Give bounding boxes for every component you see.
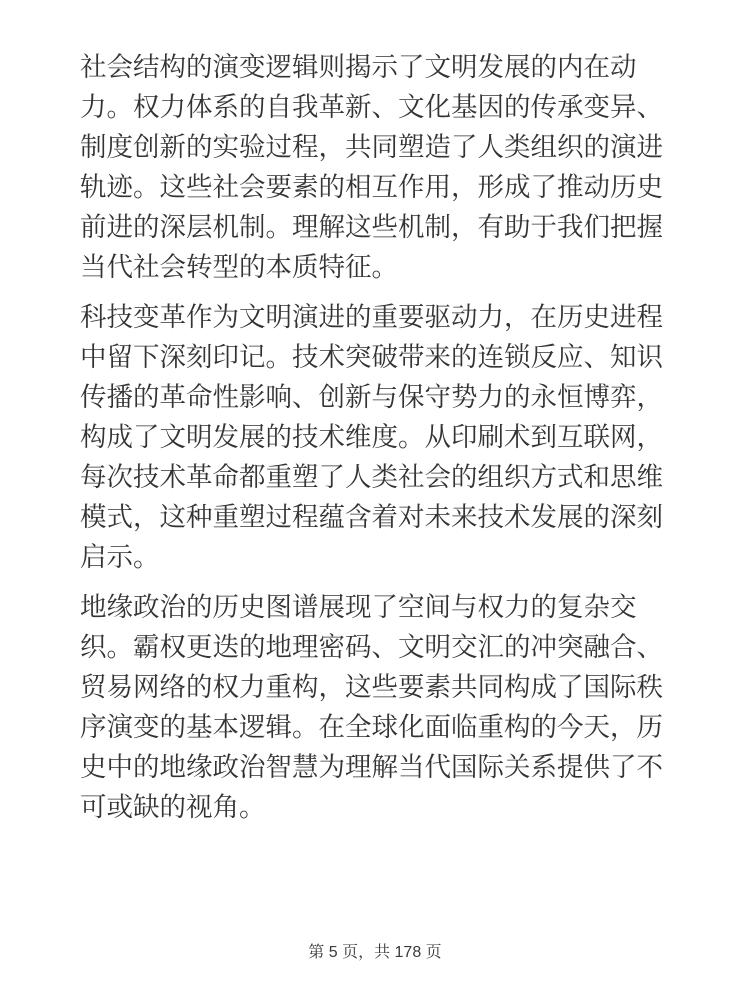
paragraph-technology-change: 科技变革作为文明演进的重要驱动力，在历史进程 中留下深刻印记。技术突破带来的连锁…	[80, 297, 680, 577]
paragraph-social-structure: 社会结构的演变逻辑则揭示了文明发展的内在动 力。权力体系的自我革新、文化基因的传…	[80, 47, 680, 287]
document-page: 社会结构的演变逻辑则揭示了文明发展的内在动 力。权力体系的自我革新、文化基因的传…	[0, 0, 750, 1000]
page-footer: 第 5 页，共 178 页	[0, 943, 750, 963]
page-indicator: 第 5 页，共 178 页	[308, 944, 441, 961]
document-content: 社会结构的演变逻辑则揭示了文明发展的内在动 力。权力体系的自我革新、文化基因的传…	[80, 47, 680, 837]
paragraph-geopolitics: 地缘政治的历史图谱展现了空间与权力的复杂交 织。霸权更迭的地理密码、文明交汇的冲…	[80, 587, 680, 827]
